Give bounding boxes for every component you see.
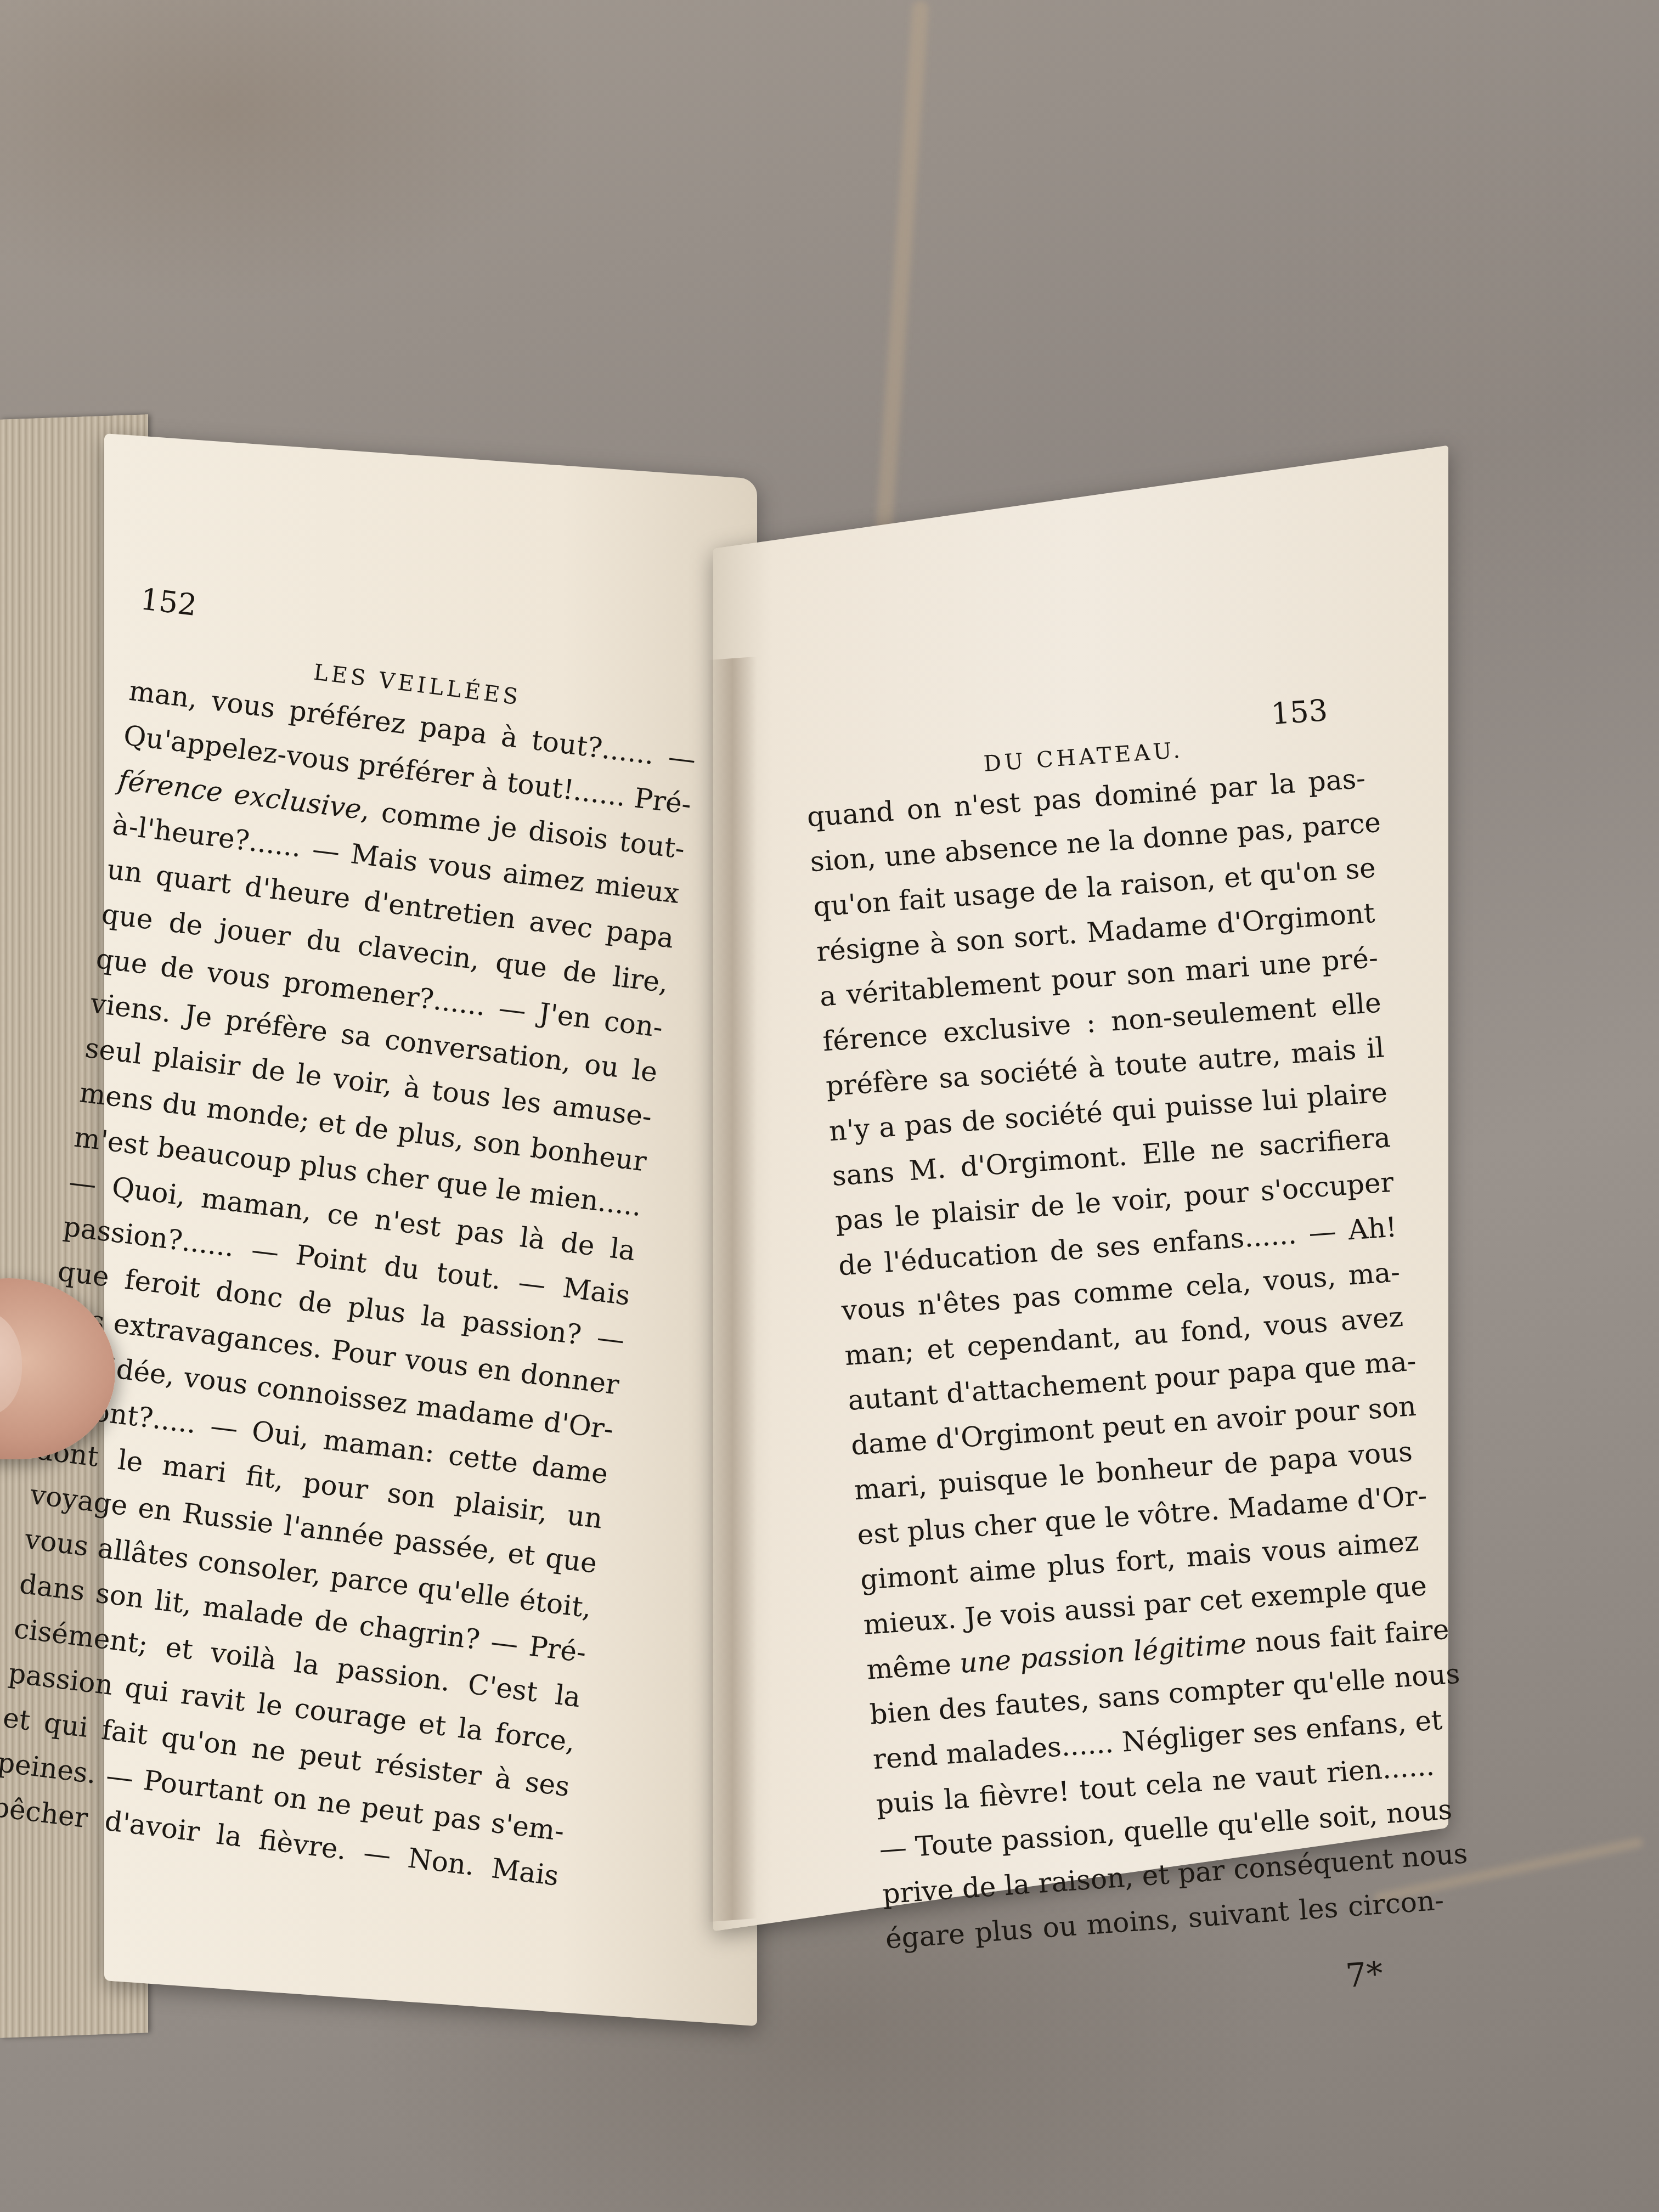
- text-body: quand on n'est pas dominé par la pas-sio…: [805, 756, 1445, 1962]
- right-page-text: 153 DU CHATEAU. quand on n'est pas domin…: [801, 691, 1450, 2027]
- open-book: 152 LES VEILLÉES man, vous préférez papa…: [0, 0, 1659, 2212]
- signature-mark: 7*: [889, 1955, 1385, 2028]
- book-gutter: [708, 657, 757, 1922]
- thumb-nail: [0, 1311, 22, 1415]
